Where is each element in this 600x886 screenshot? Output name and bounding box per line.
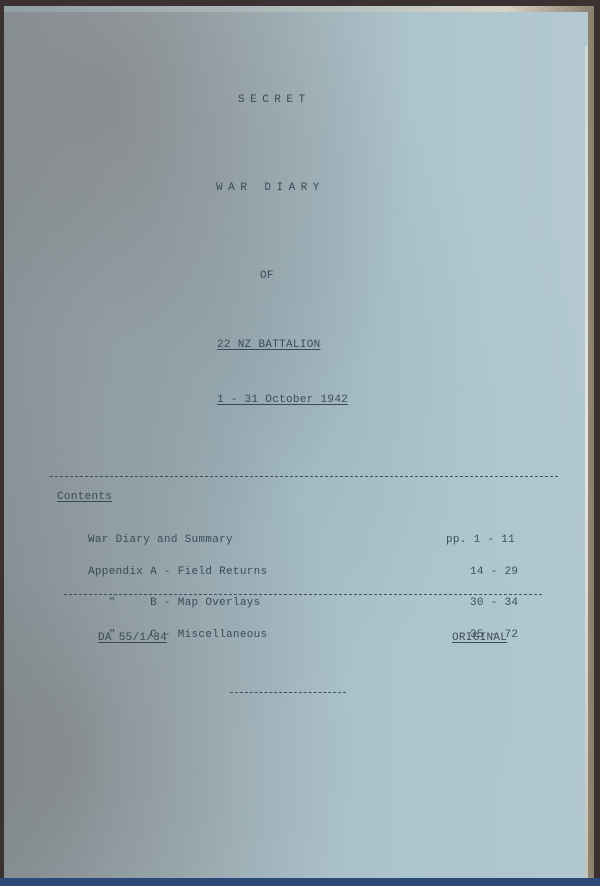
original-stamp: ORIGINAL [452, 632, 507, 644]
page-stack: SECRET WAR DIARY OF 22 NZ BATTALION 1 - … [4, 6, 594, 880]
document-page: SECRET WAR DIARY OF 22 NZ BATTALION 1 - … [4, 12, 588, 884]
contents-item: " B - Map Overlays [88, 598, 267, 609]
of-label: OF [260, 270, 274, 282]
contents-item: War Diary and Summary [88, 535, 267, 546]
page-stack-edge [585, 46, 588, 886]
unit-name: 22 NZ BATTALION [217, 339, 321, 351]
classification-heading: SECRET [238, 94, 311, 106]
scanner-bed-edge [0, 878, 600, 886]
contents-page-range: 14 - 29 [446, 567, 518, 578]
dashed-divider-end [230, 692, 346, 693]
dashed-divider-bottom [64, 594, 542, 595]
contents-page-range: pp. 1 - 11 [446, 535, 518, 546]
contents-heading: Contents [57, 491, 112, 503]
contents-page-range: 30 - 34 [446, 598, 518, 609]
dashed-divider-top [50, 476, 558, 477]
period-dates: 1 - 31 October 1942 [217, 394, 348, 406]
reference-number: DA 55/1/34 [98, 632, 167, 644]
document-title: WAR DIARY [216, 182, 325, 194]
contents-item: Appendix A - Field Returns [88, 567, 267, 578]
scanned-document-frame: SECRET WAR DIARY OF 22 NZ BATTALION 1 - … [0, 0, 600, 886]
